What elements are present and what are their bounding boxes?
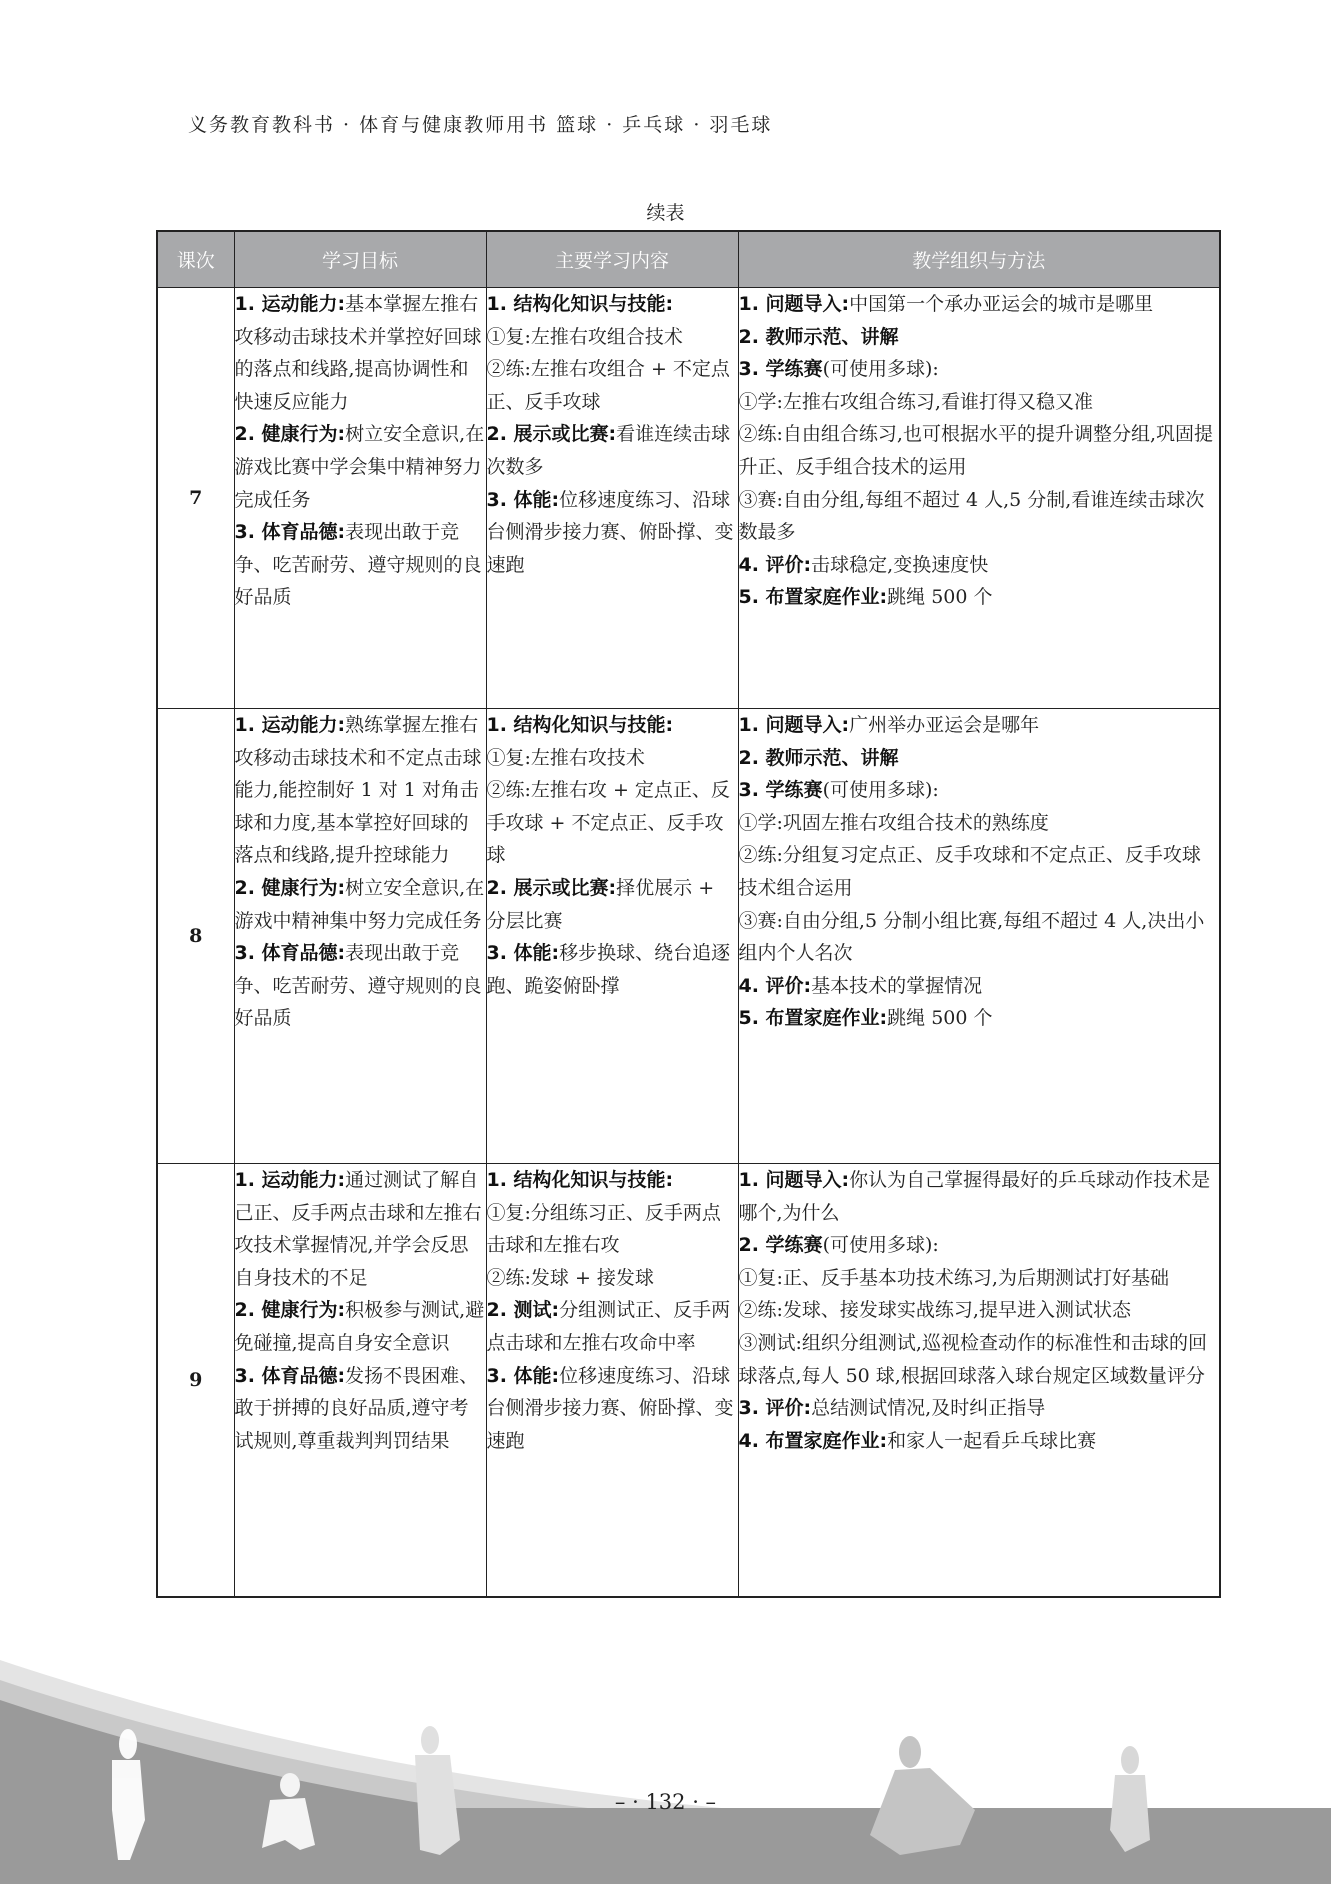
page-number: – · 132 · – [0, 1790, 1331, 1814]
list-item: 1. 结构化知识与技能: [487, 709, 738, 742]
list-item: 5. 布置家庭作业:跳绳 500 个 [739, 1002, 1220, 1035]
list-item: 4. 评价:击球稳定,变换速度快 [739, 549, 1220, 582]
item-text: ②练:左推右攻组合 + 不定点正、反手攻球 [487, 358, 730, 413]
item-label: 1. 结构化知识与技能: [487, 714, 674, 736]
item-text: ③赛:自由分组,5 分制小组比赛,每组不超过 4 人,决出小组内个人名次 [739, 910, 1205, 965]
item-label: 2. 健康行为: [235, 423, 346, 445]
item-text: 基本技术的掌握情况 [811, 975, 982, 997]
table-header-row: 课次 学习目标 主要学习内容 教学组织与方法 [157, 231, 1220, 288]
item-label: 1. 运动能力: [235, 293, 346, 315]
item-text: (可使用多球): [823, 1234, 939, 1256]
list-item: ②练:自由组合练习,也可根据水平的提升调整分组,巩固提升正、反手组合技术的运用 [739, 418, 1220, 483]
item-label: 2. 教师示范、讲解 [739, 747, 899, 769]
item-label: 1. 运动能力: [235, 1169, 346, 1191]
list-item: 1. 运动能力:通过测试了解自己正、反手两点击球和左推右攻技术掌握情况,并学会反… [235, 1164, 486, 1294]
header-content: 主要学习内容 [486, 231, 738, 288]
item-label: 2. 测试: [487, 1299, 560, 1321]
list-item: 1. 问题导入:中国第一个承办亚运会的城市是哪里 [739, 288, 1220, 321]
item-label: 1. 问题导入: [739, 714, 850, 736]
item-text: 总结测试情况,及时纠正指导 [811, 1397, 1045, 1419]
list-item: 3. 学练赛(可使用多球): [739, 774, 1220, 807]
table-row: 91. 运动能力:通过测试了解自己正、反手两点击球和左推右攻技术掌握情况,并学会… [157, 1164, 1220, 1598]
list-item: 4. 布置家庭作业:和家人一起看乒乓球比赛 [739, 1425, 1220, 1458]
list-item: 1. 运动能力:熟练掌握左推右攻移动击球技术和不定点击球能力,能控制好 1 对 … [235, 709, 486, 872]
list-item: 1. 结构化知识与技能: [487, 1164, 738, 1197]
item-label: 3. 体能: [487, 942, 560, 964]
item-text: 跳绳 500 个 [887, 586, 992, 608]
list-item: 2. 展示或比赛:择优展示 + 分层比赛 [487, 872, 738, 937]
item-text: 熟练掌握左推右攻移动击球技术和不定点击球能力,能控制好 1 对 1 对角击球和力… [235, 714, 482, 866]
item-label: 1. 结构化知识与技能: [487, 293, 674, 315]
item-label: 2. 教师示范、讲解 [739, 326, 899, 348]
list-item: ②练:分组复习定点正、反手攻球和不定点正、反手攻球技术组合运用 [739, 839, 1220, 904]
list-item: 3. 体育品德:表现出敢于竞争、吃苦耐劳、遵守规则的良好品质 [235, 516, 486, 614]
cell-content: 1. 结构化知识与技能:①复:左推右攻技术②练:左推右攻 + 定点正、反手攻球 … [486, 709, 738, 1164]
list-item: ②练:左推右攻 + 定点正、反手攻球 + 不定点正、反手攻球 [487, 774, 738, 872]
item-label: 3. 评价: [739, 1397, 812, 1419]
item-label: 1. 问题导入: [739, 293, 850, 315]
item-label: 3. 体育品德: [235, 1365, 346, 1387]
item-text: ①学:巩固左推右攻组合技术的熟练度 [739, 812, 1049, 834]
item-text: ②练:左推右攻 + 定点正、反手攻球 + 不定点正、反手攻球 [487, 779, 730, 866]
list-item: ①复:左推右攻组合技术 [487, 321, 738, 354]
list-item: ②练:发球、接发球实战练习,提早进入测试状态 [739, 1294, 1220, 1327]
cell-goals: 1. 运动能力:基本掌握左推右攻移动击球技术并掌控好回球的落点和线路,提高协调性… [234, 288, 486, 709]
item-text: ②练:发球、接发球实战练习,提早进入测试状态 [739, 1299, 1131, 1321]
cell-content: 1. 结构化知识与技能:①复:左推右攻组合技术②练:左推右攻组合 + 不定点正、… [486, 288, 738, 709]
item-text: 和家人一起看乒乓球比赛 [887, 1430, 1096, 1452]
item-label: 3. 体育品德: [235, 942, 346, 964]
item-text: ②练:分组复习定点正、反手攻球和不定点正、反手攻球技术组合运用 [739, 844, 1201, 899]
list-item: 3. 体能:位移速度练习、沿球台侧滑步接力赛、俯卧撑、变速跑 [487, 484, 738, 582]
item-label: 3. 体育品德: [235, 521, 346, 543]
list-item: 1. 问题导入:广州举办亚运会是哪年 [739, 709, 1220, 742]
lesson-number: 9 [157, 1164, 234, 1598]
item-label: 2. 展示或比赛: [487, 877, 617, 899]
list-item: 2. 教师示范、讲解 [739, 742, 1220, 775]
cell-goals: 1. 运动能力:通过测试了解自己正、反手两点击球和左推右攻技术掌握情况,并学会反… [234, 1164, 486, 1598]
list-item: 1. 问题导入:你认为自己掌握得最好的乒乓球动作技术是哪个,为什么 [739, 1164, 1220, 1229]
cell-goals: 1. 运动能力:熟练掌握左推右攻移动击球技术和不定点击球能力,能控制好 1 对 … [234, 709, 486, 1164]
lesson-number: 8 [157, 709, 234, 1164]
list-item: 2. 学练赛(可使用多球): [739, 1229, 1220, 1262]
item-text: ②练:自由组合练习,也可根据水平的提升调整分组,巩固提升正、反手组合技术的运用 [739, 423, 1213, 478]
item-text: (可使用多球): [823, 779, 939, 801]
item-text: (可使用多球): [823, 358, 939, 380]
list-item: ①学:左推右攻组合练习,看谁打得又稳又准 [739, 386, 1220, 419]
item-text: 跳绳 500 个 [887, 1007, 992, 1029]
list-item: ③赛:自由分组,每组不超过 4 人,5 分制,看谁连续击球次数最多 [739, 484, 1220, 549]
item-label: 3. 体能: [487, 489, 560, 511]
list-item: ③赛:自由分组,5 分制小组比赛,每组不超过 4 人,决出小组内个人名次 [739, 905, 1220, 970]
list-item: 1. 运动能力:基本掌握左推右攻移动击球技术并掌控好回球的落点和线路,提高协调性… [235, 288, 486, 418]
list-item: 3. 体能:移步换球、绕台追逐跑、跪姿俯卧撑 [487, 937, 738, 1002]
item-text: ③赛:自由分组,每组不超过 4 人,5 分制,看谁连续击球次数最多 [739, 489, 1205, 544]
list-item: 2. 测试:分组测试正、反手两点击球和左推右攻命中率 [487, 1294, 738, 1359]
cell-content: 1. 结构化知识与技能:①复:分组练习正、反手两点击球和左推右攻②练:发球 + … [486, 1164, 738, 1598]
list-item: 5. 布置家庭作业:跳绳 500 个 [739, 581, 1220, 614]
list-item: 3. 体能:位移速度练习、沿球台侧滑步接力赛、俯卧撑、变速跑 [487, 1360, 738, 1458]
table-row: 71. 运动能力:基本掌握左推右攻移动击球技术并掌控好回球的落点和线路,提高协调… [157, 288, 1220, 709]
item-label: 1. 运动能力: [235, 714, 346, 736]
item-text: 中国第一个承办亚运会的城市是哪里 [849, 293, 1153, 315]
lesson-number: 7 [157, 288, 234, 709]
list-item: 1. 结构化知识与技能: [487, 288, 738, 321]
cell-methods: 1. 问题导入:中国第一个承办亚运会的城市是哪里2. 教师示范、讲解3. 学练赛… [738, 288, 1220, 709]
item-label: 2. 健康行为: [235, 1299, 346, 1321]
list-item: 2. 健康行为:树立安全意识,在游戏中精神集中努力完成任务 [235, 872, 486, 937]
item-text: ①复:正、反手基本功技术练习,为后期测试打好基础 [739, 1267, 1169, 1289]
item-label: 2. 学练赛 [739, 1234, 823, 1256]
item-label: 1. 结构化知识与技能: [487, 1169, 674, 1191]
table-row: 81. 运动能力:熟练掌握左推右攻移动击球技术和不定点击球能力,能控制好 1 对… [157, 709, 1220, 1164]
header-methods: 教学组织与方法 [738, 231, 1220, 288]
list-item: 4. 评价:基本技术的掌握情况 [739, 970, 1220, 1003]
item-label: 4. 评价: [739, 554, 812, 576]
header-lesson: 课次 [157, 231, 234, 288]
list-item: 2. 健康行为:树立安全意识,在游戏比赛中学会集中精神努力完成任务 [235, 418, 486, 516]
item-text: ②练:发球 + 接发球 [487, 1267, 654, 1289]
header-goals: 学习目标 [234, 231, 486, 288]
list-item: ①复:分组练习正、反手两点击球和左推右攻 [487, 1197, 738, 1262]
item-label: 5. 布置家庭作业: [739, 1007, 888, 1029]
item-label: 2. 展示或比赛: [487, 423, 617, 445]
item-text: 广州举办亚运会是哪年 [849, 714, 1039, 736]
list-item: ①复:左推右攻技术 [487, 742, 738, 775]
list-item: 3. 体育品德:发扬不畏困难、敢于拼搏的良好品质,遵守考试规则,尊重裁判判罚结果 [235, 1360, 486, 1458]
lesson-plan-table: 课次 学习目标 主要学习内容 教学组织与方法 71. 运动能力:基本掌握左推右攻… [156, 230, 1221, 1598]
list-item: ①复:正、反手基本功技术练习,为后期测试打好基础 [739, 1262, 1220, 1295]
footer-decoration [0, 1640, 1331, 1884]
cell-methods: 1. 问题导入:广州举办亚运会是哪年2. 教师示范、讲解3. 学练赛(可使用多球… [738, 709, 1220, 1164]
list-item: ②练:发球 + 接发球 [487, 1262, 738, 1295]
list-item: 2. 教师示范、讲解 [739, 321, 1220, 354]
running-head: 义务教育教科书 · 体育与健康教师用书 篮球 · 乒乓球 · 羽毛球 [188, 110, 772, 137]
item-text: ③测试:组织分组测试,巡视检查动作的标准性和击球的回球落点,每人 50 球,根据… [739, 1332, 1207, 1387]
list-item: ②练:左推右攻组合 + 不定点正、反手攻球 [487, 353, 738, 418]
list-item: 3. 体育品德:表现出敢于竞争、吃苦耐劳、遵守规则的良好品质 [235, 937, 486, 1035]
list-item: 2. 展示或比赛:看谁连续击球次数多 [487, 418, 738, 483]
cell-methods: 1. 问题导入:你认为自己掌握得最好的乒乓球动作技术是哪个,为什么2. 学练赛(… [738, 1164, 1220, 1598]
list-item: ③测试:组织分组测试,巡视检查动作的标准性和击球的回球落点,每人 50 球,根据… [739, 1327, 1220, 1392]
list-item: 3. 学练赛(可使用多球): [739, 353, 1220, 386]
item-text: ①复:左推右攻技术 [487, 747, 645, 769]
item-label: 4. 评价: [739, 975, 812, 997]
list-item: ①学:巩固左推右攻组合技术的熟练度 [739, 807, 1220, 840]
item-label: 2. 健康行为: [235, 877, 346, 899]
item-label: 5. 布置家庭作业: [739, 586, 888, 608]
item-text: ①复:左推右攻组合技术 [487, 326, 683, 348]
item-text: 击球稳定,变换速度快 [811, 554, 988, 576]
table-caption: 续表 [0, 198, 1331, 225]
list-item: 3. 评价:总结测试情况,及时纠正指导 [739, 1392, 1220, 1425]
item-label: 3. 体能: [487, 1365, 560, 1387]
item-label: 1. 问题导入: [739, 1169, 850, 1191]
item-label: 3. 学练赛 [739, 358, 823, 380]
item-label: 3. 学练赛 [739, 779, 823, 801]
item-text: ①复:分组练习正、反手两点击球和左推右攻 [487, 1202, 721, 1257]
item-label: 4. 布置家庭作业: [739, 1430, 888, 1452]
item-text: ①学:左推右攻组合练习,看谁打得又稳又准 [739, 391, 1093, 413]
list-item: 2. 健康行为:积极参与测试,避免碰撞,提高自身安全意识 [235, 1294, 486, 1359]
